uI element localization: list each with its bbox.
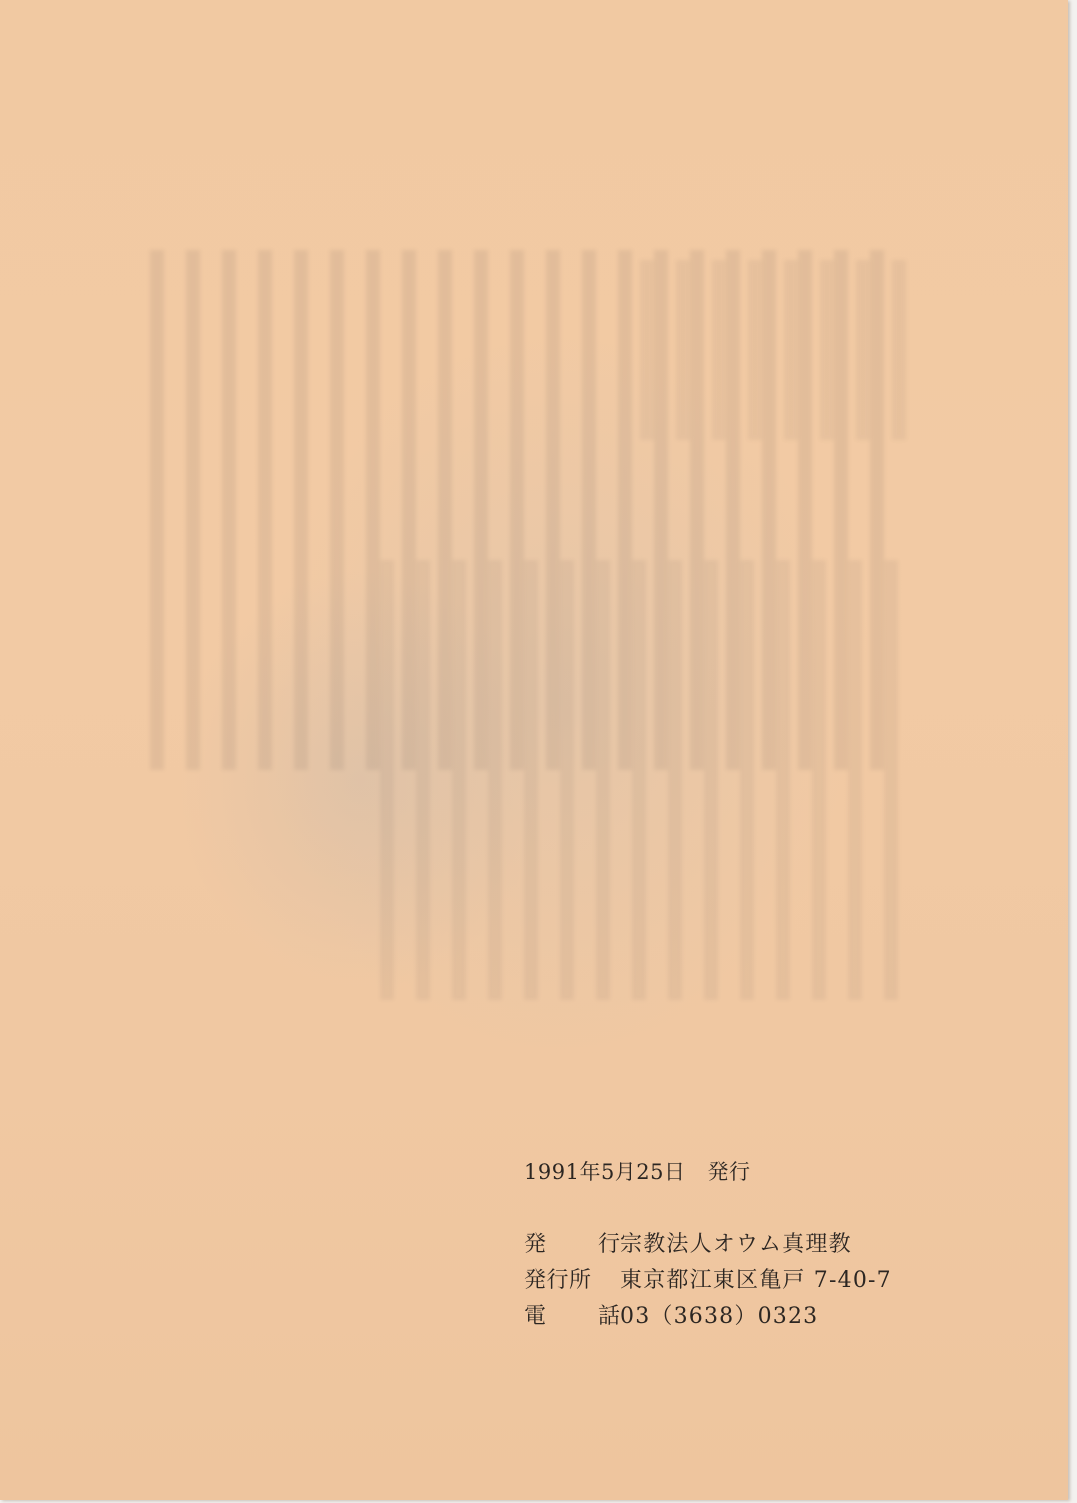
scanned-page: 1991年5月25日 発行 発 行 宗教法人オウム真理教 発行所 東京都江東区亀… <box>0 0 1068 1500</box>
publication-date-suffix: 発行 <box>708 1156 751 1186</box>
bleed-through-texture <box>640 260 920 440</box>
phone-number: 03（3638）0323 <box>620 1299 920 1330</box>
publisher-label: 発 行 <box>524 1227 620 1258</box>
publisher-office-label-text: 発行所 <box>524 1263 592 1294</box>
publisher-label-char: 発 <box>524 1227 546 1258</box>
bleed-through-texture <box>380 560 900 1000</box>
publisher-office-label: 発行所 <box>524 1263 620 1294</box>
colophon-details: 発 行 宗教法人オウム真理教 発行所 東京都江東区亀戸 7-40-7 電 話 0… <box>524 1227 920 1335</box>
publisher-name: 宗教法人オウム真理教 <box>620 1227 920 1258</box>
colophon: 1991年5月25日 発行 発 行 宗教法人オウム真理教 発行所 東京都江東区亀… <box>524 1156 920 1335</box>
publication-date: 1991年5月25日 <box>524 1156 686 1186</box>
phone-row: 電 話 03（3638）0323 <box>524 1299 920 1335</box>
publisher-address: 東京都江東区亀戸 7-40-7 <box>620 1263 920 1294</box>
phone-label: 電 話 <box>524 1299 620 1330</box>
phone-label-char: 電 <box>524 1299 546 1330</box>
publisher-label-char: 行 <box>598 1227 620 1258</box>
publication-date-line: 1991年5月25日 発行 <box>524 1156 920 1188</box>
phone-label-char: 話 <box>598 1299 620 1330</box>
publisher-row: 発 行 宗教法人オウム真理教 <box>524 1227 920 1263</box>
publisher-office-row: 発行所 東京都江東区亀戸 7-40-7 <box>524 1263 920 1299</box>
